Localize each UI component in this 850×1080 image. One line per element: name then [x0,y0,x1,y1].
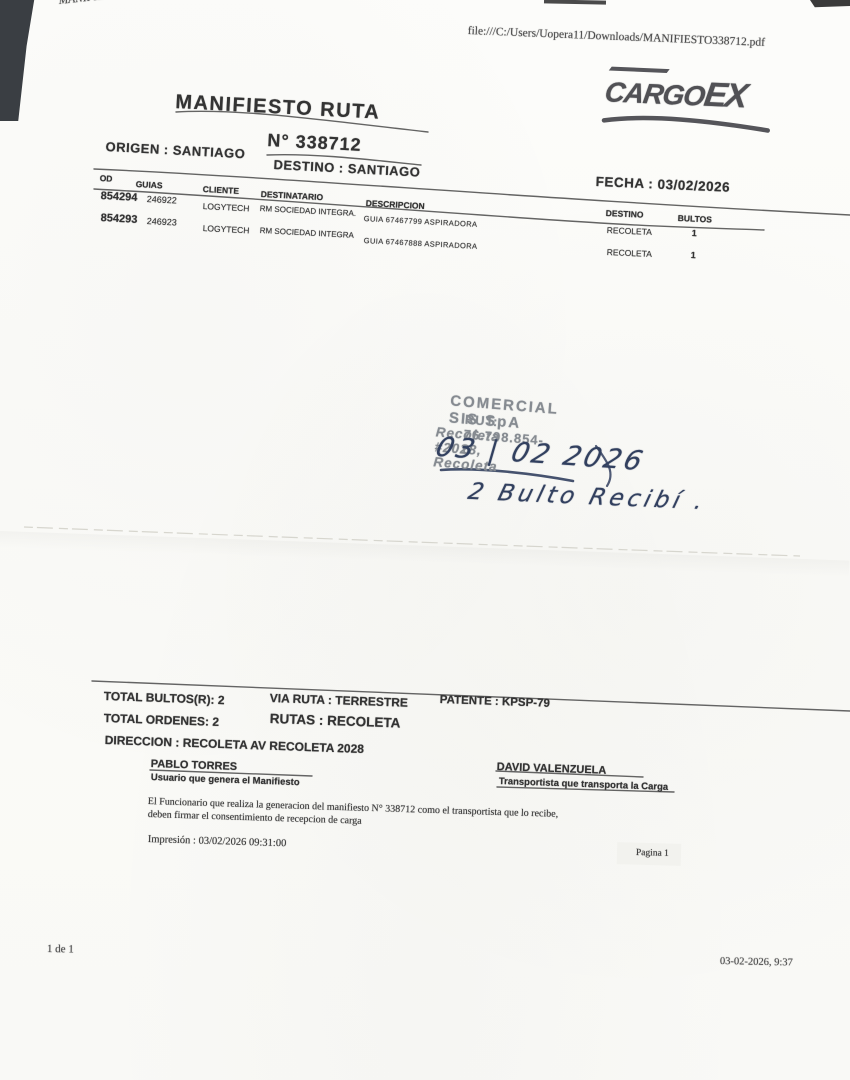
col-header-bultos: BULTOS [678,213,713,224]
scanned-manifest-page: MANIFIESTO... file:///C:/Users/Uopera11/… [0,0,850,1080]
cell-destino: RECOLETA [607,225,653,237]
generator-role: Usuario que genera el Manifiesto [151,772,300,788]
print-footer-datetime: 03-02-2026, 9:37 [720,956,793,969]
col-header-destinatario: DESTINATARIO [260,189,323,202]
print-header-doc-title: MANIFIESTO... [58,0,134,7]
cell-descripcion: GUIA 67467799 ASPIRADORA [364,214,478,229]
paper-fold-shadow [0,531,849,585]
col-header-guias: GUIAS [135,179,162,190]
pagina-label: Pagina 1 [636,848,669,859]
patente: PATENTE : KPSP-79 [440,694,550,710]
transporter-name: DAVID VALENZUELA [497,761,607,777]
logo-text-cargo: CARGO [603,76,707,111]
col-header-cliente: CLIENTE [202,184,239,196]
via-ruta: VIA RUTA : TERRESTRE [270,691,409,710]
cell-guia: 246923 [146,216,177,228]
total-bultos: TOTAL BULTOS(R): 2 [104,689,225,707]
origen-label: ORIGEN : SANTIAGO [105,139,246,161]
manifest-title: MANIFIESTO RUTA [175,91,381,125]
manifest-number: N° 338712 [267,130,362,156]
col-header-destino: DESTINO [606,208,644,220]
cell-destinatario: RM SOCIEDAD INTEGRA [260,226,355,240]
col-header-descripcion: DESCRIPCION [365,198,424,211]
direccion: DIRECCION : RECOLETA AV RECOLETA 2028 [105,733,365,756]
transporter-role: Transportista que transporta la Carga [499,776,669,793]
cell-guia: 246922 [146,194,177,206]
cell-bultos: 1 [691,250,696,260]
print-header-file-url: file:///C:/Users/Uopera11/Downloads/MANI… [468,25,766,49]
col-header-od: OD [99,173,112,184]
cell-od: 854293 [100,212,137,226]
scan-edge-mark-top-right [810,0,850,10]
cargoex-logo: CARGOEX [600,65,777,133]
print-footer-pages: 1 de 1 [47,943,74,955]
cell-cliente: LOGYTECH [202,223,249,235]
logo-swoosh [600,109,776,135]
scan-edge-mark-top [544,0,606,5]
cell-descripcion: GUIA 67467888 ASPIRADORA [364,236,478,251]
cell-bultos: 1 [692,228,697,238]
cell-cliente: LOGYTECH [202,201,249,213]
cell-od: 854294 [100,190,137,204]
scan-edge-shadow-left [0,0,38,121]
destino-label: DESTINO : SANTIAGO [273,157,421,180]
logo-text-ex: EX [702,76,749,116]
impresion-timestamp: Impresión : 03/02/2026 09:31:00 [148,834,287,849]
fecha-label: FECHA : 03/02/2026 [595,174,730,195]
rutas: RUTAS : RECOLETA [269,711,400,731]
cell-destino: RECOLETA [607,247,653,259]
total-ordenes: TOTAL ORDENES: 2 [104,711,220,729]
generator-name: PABLO TORRES [151,758,238,773]
cell-destinatario: RM SOCIEDAD INTEGRA. [260,204,357,218]
handwritten-received-note: 2 Bulto Recibí . [465,479,709,515]
